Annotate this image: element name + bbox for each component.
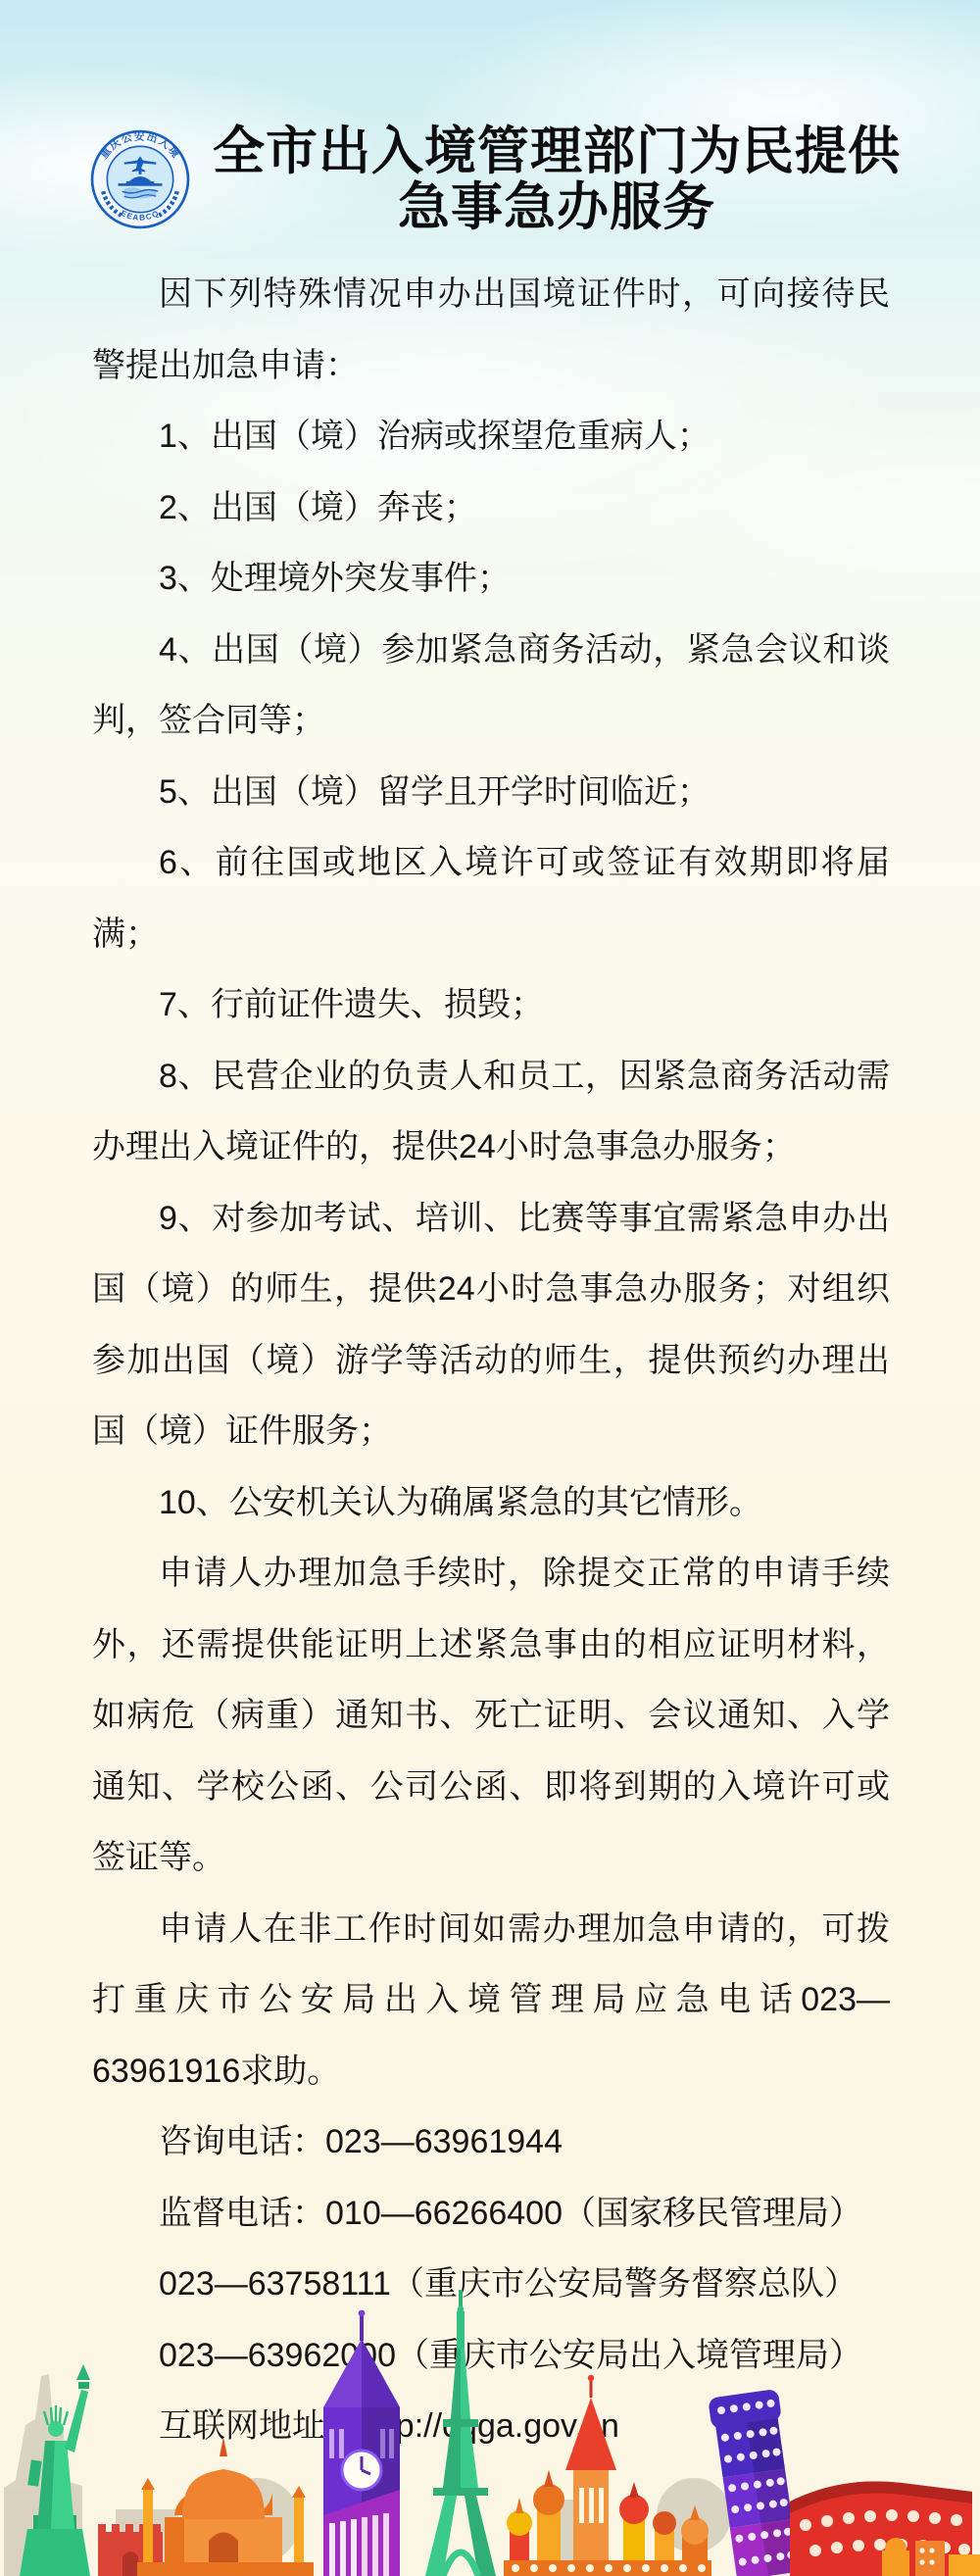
after-hours-note: 申请人在非工作时间如需办理加急申请的，可拨打重庆市公安局出入境管理局应急电话02… [92, 1894, 890, 2107]
intro-paragraph: 因下列特殊情况申办出国境证件时，可向接待民警提出加急申请： [92, 259, 890, 401]
emergency-item-9: 9、对参加考试、培训、比赛等事宜需紧急申办出国（境）的师生，提供24小时急事急办… [92, 1183, 890, 1467]
world-landmarks-skyline [0, 2282, 980, 2576]
title-line-1: 全市出入境管理部门为民提供 [190, 124, 923, 179]
emergency-item-2: 2、出国（境）奔丧； [92, 472, 890, 544]
emergency-item-7: 7、行前证件遗失、损毁； [92, 969, 890, 1041]
eiffel-tower [425, 2290, 496, 2576]
emergency-item-4: 4、出国（境）参加紧急商务活动，紧急会议和谈判，签合同等； [92, 615, 890, 757]
title-line-2: 急事急办服务 [190, 179, 923, 235]
leaning-tower-of-pisa [708, 2389, 803, 2576]
emergency-item-8: 8、民营企业的负责人和员工，因紧急商务活动需办理出入境证件的，提供24小时急事急… [92, 1041, 890, 1183]
emergency-item-6: 6、前往国或地区入境许可或签证有效期即将届满； [92, 827, 890, 969]
colosseum [790, 2482, 972, 2576]
materials-note: 申请人办理加急手续时，除提交正常的申请手续外，还需提供能证明上述紧急事由的相应证… [92, 1538, 890, 1894]
header: 重庆公安出入境 EEABCQ [90, 88, 923, 270]
big-ben [323, 2310, 400, 2576]
exit-entry-administration-logo: 重庆公安出入境 EEABCQ [90, 129, 190, 229]
statue-of-liberty [20, 2364, 90, 2576]
emergency-item-10: 10、公安机关认为确属紧急的其它情形。 [92, 1467, 890, 1539]
contact-supervise-phone-1: 监督电话：010—66266400（国家移民管理局） [92, 2178, 890, 2250]
contact-consult-phone: 咨询电话：023—63961944 [92, 2106, 890, 2178]
page-title: 全市出入境管理部门为民提供 急事急办服务 [190, 124, 923, 235]
emergency-item-3: 3、处理境外突发事件； [92, 543, 890, 615]
notice-body: 因下列特殊情况申办出国境证件时，可向接待民警提出加急申请： 1、出国（境）治病或… [92, 259, 890, 2462]
emergency-item-1: 1、出国（境）治病或探望危重病人； [92, 401, 890, 472]
poster: 重庆公安出入境 EEABCQ [0, 0, 980, 2576]
emergency-item-5: 5、出国（境）留学且开学时间临近； [92, 757, 890, 828]
